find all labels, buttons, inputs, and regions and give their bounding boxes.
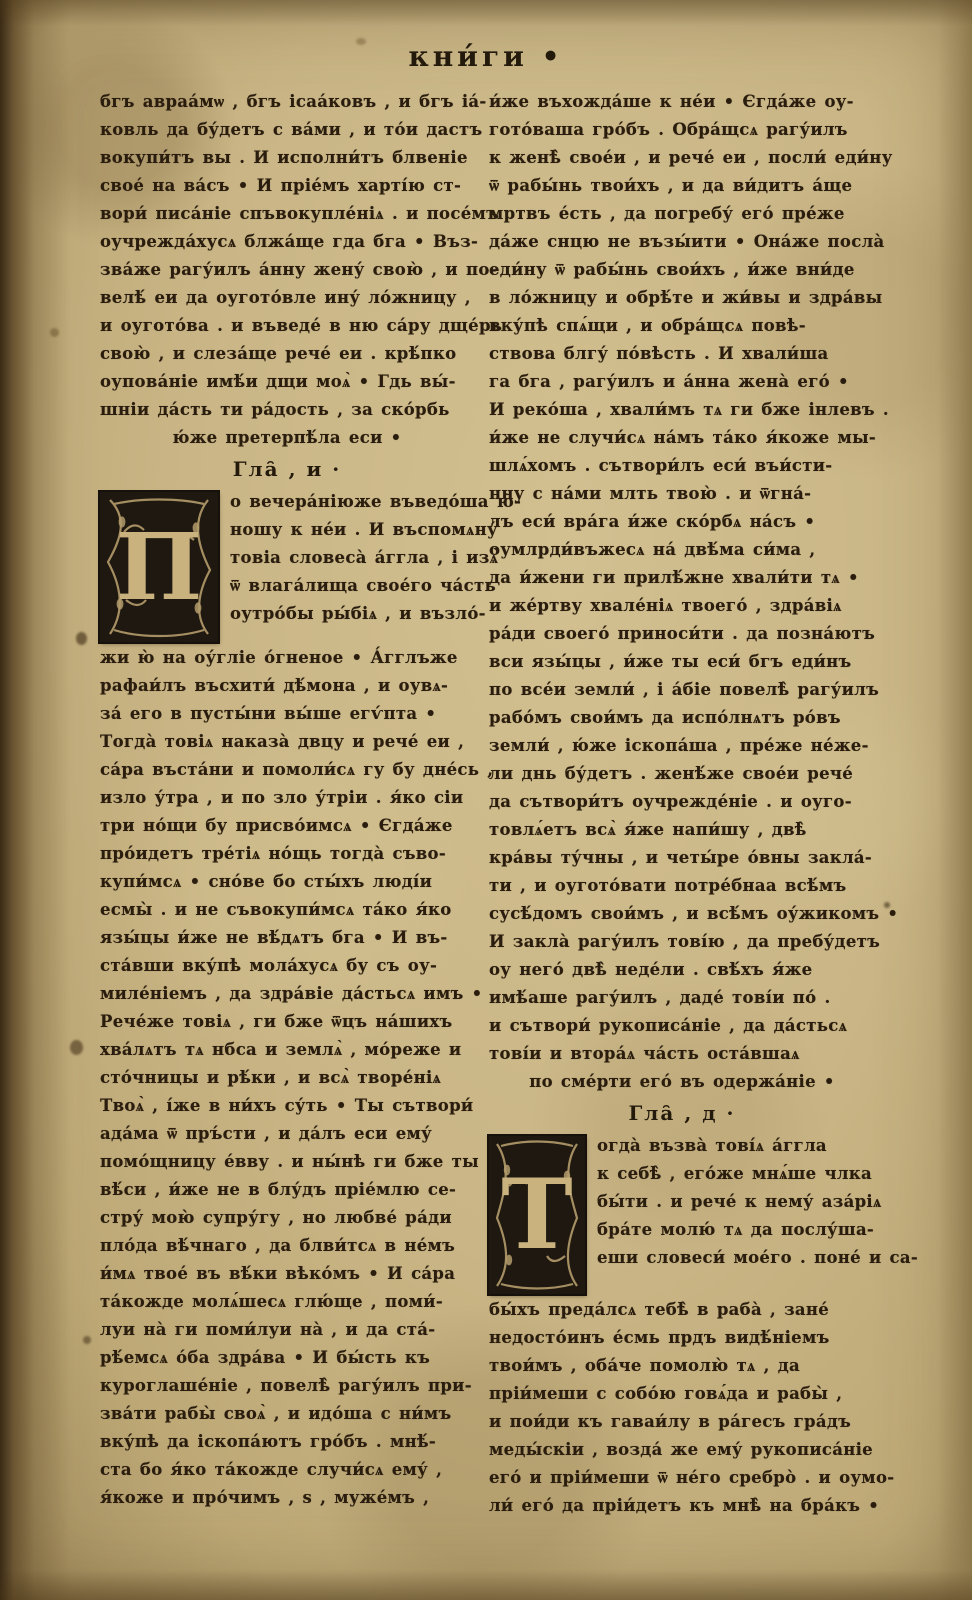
right-paragraph-1: и́же въхожда́ше к не́и • Єгда́же оу- гот… xyxy=(489,88,875,1068)
right-paragraph-1-end: по сме́рти его́ въ одержа́ніе • xyxy=(489,1068,875,1096)
left-column: бгъ авраа́мѡ , бгъ ісаа́ковъ , и бгъ іа́… xyxy=(100,88,474,1512)
ink-stain xyxy=(83,1336,91,1344)
ornate-initial-letter: П xyxy=(116,492,203,642)
ink-stain xyxy=(70,1040,83,1055)
left-initial-row: П о вечера́ніюже въведо́ша ю́- ношу к не… xyxy=(100,488,474,644)
chapter-heading-9: Гла̑ , д · xyxy=(489,1098,875,1128)
page-edge-top xyxy=(0,0,972,26)
ornate-initial-block: Т xyxy=(489,1136,585,1294)
book-page: кни́ги • бгъ авраа́мѡ , бгъ ісаа́ковъ , … xyxy=(0,0,972,1600)
binding-gutter-shadow xyxy=(0,0,70,1600)
running-head: кни́ги • xyxy=(100,40,872,73)
left-paragraph-1-end: ю́же претерпѣ́ла еси • xyxy=(100,424,474,452)
ink-stain xyxy=(50,328,59,337)
right-column: и́же въхожда́ше к не́и • Єгда́же оу- гот… xyxy=(489,88,875,1520)
ornate-initial-block: П xyxy=(100,492,218,642)
page-edge-right xyxy=(938,0,972,1600)
right-body-text: бы́хъ преда́лсѧ тебѣ̀ в раба̀ , зане́ не… xyxy=(489,1296,875,1520)
ornate-initial-letter: Т xyxy=(501,1136,572,1294)
left-paragraph-1: бгъ авраа́мѡ , бгъ ісаа́ковъ , и бгъ іа́… xyxy=(100,88,474,424)
page-edge-bottom xyxy=(0,1570,972,1600)
right-initial-wrap-text: огда̀ възва̀ тові́ѧ а́ггла к себѣ̀ , его… xyxy=(597,1132,918,1272)
ink-stain xyxy=(76,632,87,645)
chapter-heading-8: Гла̑ , и · xyxy=(100,454,474,484)
left-initial-wrap-text: о вечера́ніюже въведо́ша ю́- ношу к не́и… xyxy=(230,488,521,628)
left-body-text: жи ю̀ на оу́гліе о́гненое • А́гглъже раф… xyxy=(100,644,474,1512)
right-initial-row: Т огда̀ възва̀ тові́ѧ а́ггла к себѣ̀ , е… xyxy=(489,1132,875,1296)
